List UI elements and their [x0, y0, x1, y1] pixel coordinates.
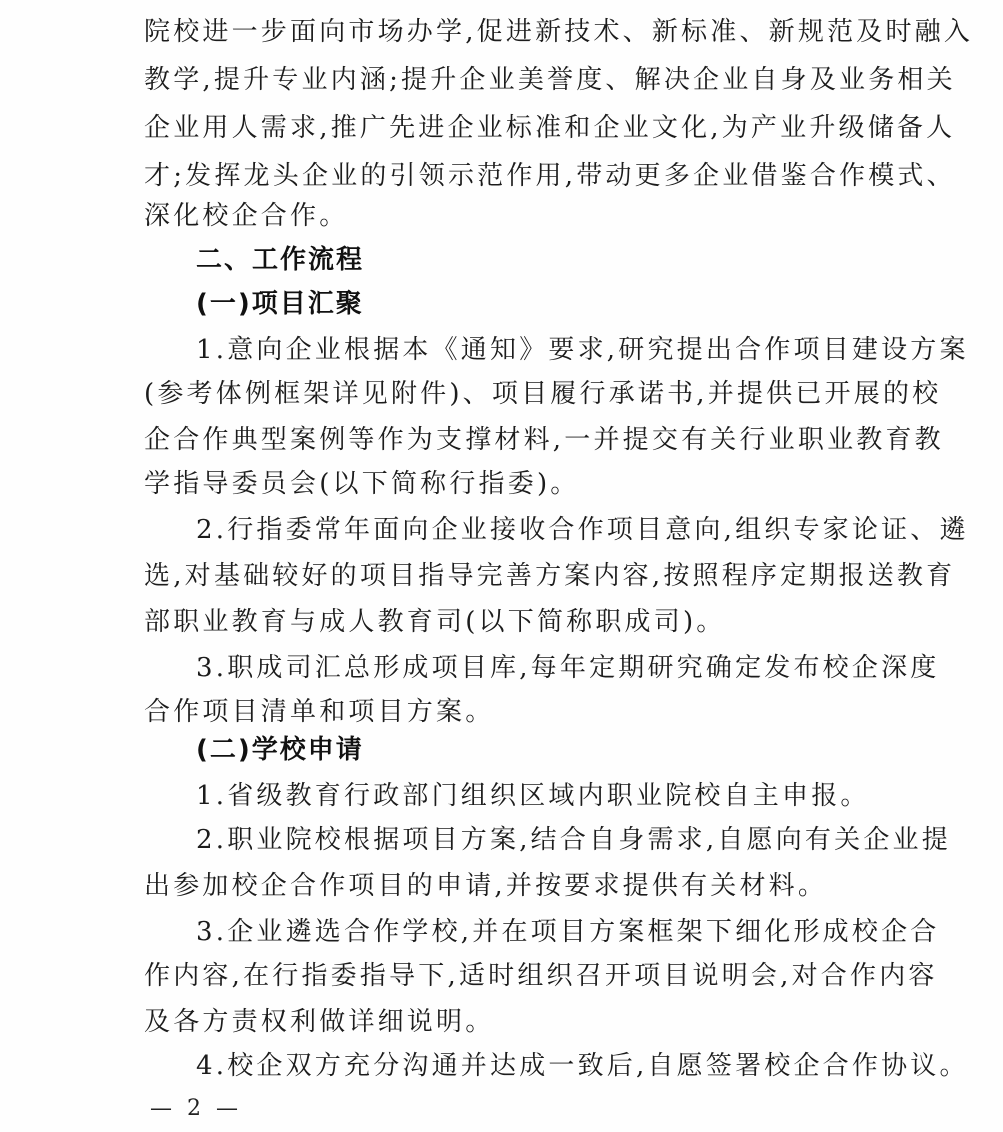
- list-item-line: 部职业教育与成人教育司(以下简称职成司)。: [144, 602, 874, 642]
- list-item-line: 2.职业院校根据项目方案,结合自身需求,自愿向有关企业提: [196, 820, 874, 860]
- list-item-line: 3.企业遴选合作学校,并在项目方案框架下细化形成校企合: [196, 912, 874, 952]
- paragraph-line: 企业用人需求,推广先进企业标准和企业文化,为产业升级储备人: [144, 108, 874, 148]
- list-item-line: 1.意向企业根据本《通知》要求,研究提出合作项目建设方案: [196, 330, 874, 370]
- list-item-line: 4.校企双方充分沟通并达成一致后,自愿签署校企合作协议。: [196, 1046, 874, 1086]
- document-page: 院校进一步面向市场办学,促进新技术、新标准、新规范及时融入 教学,提升专业内涵;…: [0, 0, 1003, 1132]
- page-number: — 2 —: [150, 1094, 242, 1124]
- list-item-line: 学指导委员会(以下简称行指委)。: [144, 464, 874, 504]
- list-item-line: 合作项目清单和项目方案。: [144, 692, 874, 732]
- list-item-line: 企合作典型案例等作为支撑材料,一并提交有关行业职业教育教: [144, 420, 874, 460]
- list-item-line: 及各方责权利做详细说明。: [144, 1002, 874, 1042]
- section-heading: 二、工作流程: [196, 240, 364, 280]
- list-item-line: 3.职成司汇总形成项目库,每年定期研究确定发布校企深度: [196, 648, 874, 688]
- list-item-line: 作内容,在行指委指导下,适时组织召开项目说明会,对合作内容: [144, 956, 874, 996]
- list-item-line: 出参加校企合作项目的申请,并按要求提供有关材料。: [144, 866, 874, 906]
- list-item-line: 2.行指委常年面向企业接收合作项目意向,组织专家论证、遴: [196, 510, 874, 550]
- subsection-heading: (一)项目汇聚: [196, 284, 364, 324]
- list-item-line: 1.省级教育行政部门组织区域内职业院校自主申报。: [196, 776, 874, 816]
- list-item-line: (参考体例框架详见附件)、项目履行承诺书,并提供已开展的校: [144, 374, 874, 414]
- paragraph-line: 才;发挥龙头企业的引领示范作用,带动更多企业借鉴合作模式、: [144, 156, 874, 196]
- paragraph-line: 院校进一步面向市场办学,促进新技术、新标准、新规范及时融入: [144, 12, 874, 52]
- paragraph-line: 教学,提升专业内涵;提升企业美誉度、解决企业自身及业务相关: [144, 60, 874, 100]
- list-item-line: 选,对基础较好的项目指导完善方案内容,按照程序定期报送教育: [144, 556, 874, 596]
- subsection-heading: (二)学校申请: [196, 730, 364, 770]
- paragraph-line: 深化校企合作。: [144, 196, 874, 236]
